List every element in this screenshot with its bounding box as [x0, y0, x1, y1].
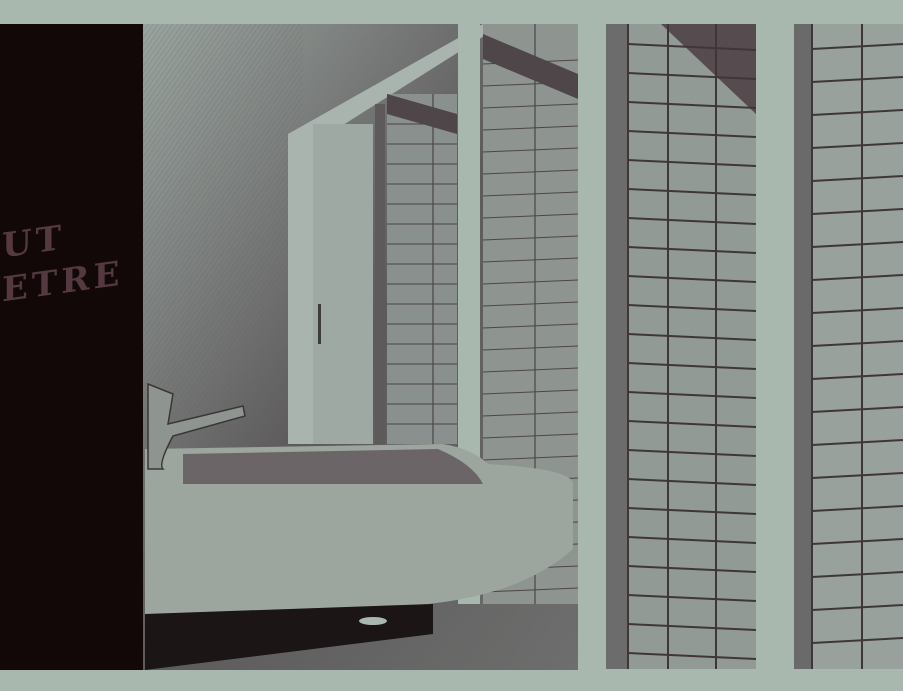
tile-grid-drawing — [606, 24, 756, 669]
tile-wall-panel-middle — [606, 24, 756, 669]
bathroom-scene-drawing — [143, 24, 578, 670]
bathroom-scene-panel — [143, 24, 578, 670]
graffiti-text: UT ETRE — [2, 207, 123, 312]
tile-grid-drawing — [794, 24, 903, 669]
tile-wall-panel-right — [794, 24, 903, 669]
dark-wall-panel: UT ETRE — [0, 24, 143, 670]
